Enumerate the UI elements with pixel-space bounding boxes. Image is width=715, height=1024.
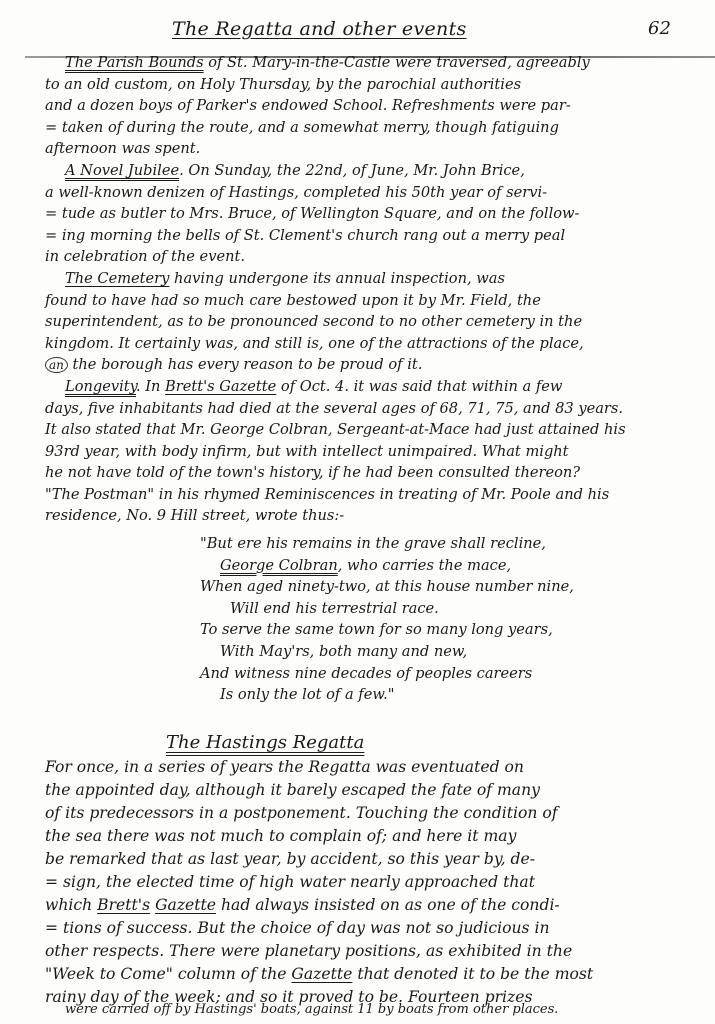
paragraph-hastings-regatta: For once, in a series of years the Regat… [45, 756, 690, 1017]
page-number: 62 [648, 18, 671, 39]
poem-line: With May'rs, both many and new, [200, 641, 690, 663]
underlined-name: George Colbran [220, 557, 338, 574]
poem-line: "But ere his remains in the grave shall … [200, 533, 690, 555]
section-heading-cemetery: The Cemetery [65, 270, 169, 287]
page-header: The Regatta and other events 62 [0, 14, 715, 44]
poem-line: Will end his terrestrial race. [200, 598, 690, 620]
paragraph-novel-jubilee: A Novel Jubilee. On Sunday, the 22nd, of… [45, 160, 690, 268]
section-heading-hastings-regatta: The Hastings Regatta [45, 730, 690, 756]
page-title: The Regatta and other events [172, 18, 467, 40]
paragraph-parish-bounds: The Parish Bounds of St. Mary-in-the-Cas… [45, 52, 690, 160]
poem-line: And witness nine decades of peoples care… [200, 663, 690, 685]
publication-name: Gazette [291, 965, 352, 983]
circled-correction: an [45, 357, 68, 373]
paragraph-longevity: Longevity. In Brett's Gazette of Oct. 4.… [45, 376, 690, 527]
section-heading-longevity: Longevity [65, 378, 136, 395]
poem-quotation: "But ere his remains in the grave shall … [45, 533, 690, 706]
poem-line: George Colbran, who carries the mace, [200, 555, 690, 577]
poem-line: Is only the lot of a few." [200, 684, 690, 706]
poem-line: To serve the same town for so many long … [200, 619, 690, 641]
publication-name: Gazette [155, 896, 216, 914]
page-body: The Parish Bounds of St. Mary-in-the-Cas… [45, 52, 690, 1017]
paragraph-cemetery: The Cemetery having undergone its annual… [45, 268, 690, 376]
poem-line: When aged ninety-two, at this house numb… [200, 576, 690, 598]
section-heading-novel-jubilee: A Novel Jubilee [65, 162, 179, 179]
publication-name: Brett's Gazette [165, 378, 276, 395]
manuscript-page: The Regatta and other events 62 The Pari… [0, 0, 715, 1024]
publication-name: Brett's [97, 896, 150, 914]
section-heading-parish-bounds: The Parish Bounds [65, 54, 204, 71]
